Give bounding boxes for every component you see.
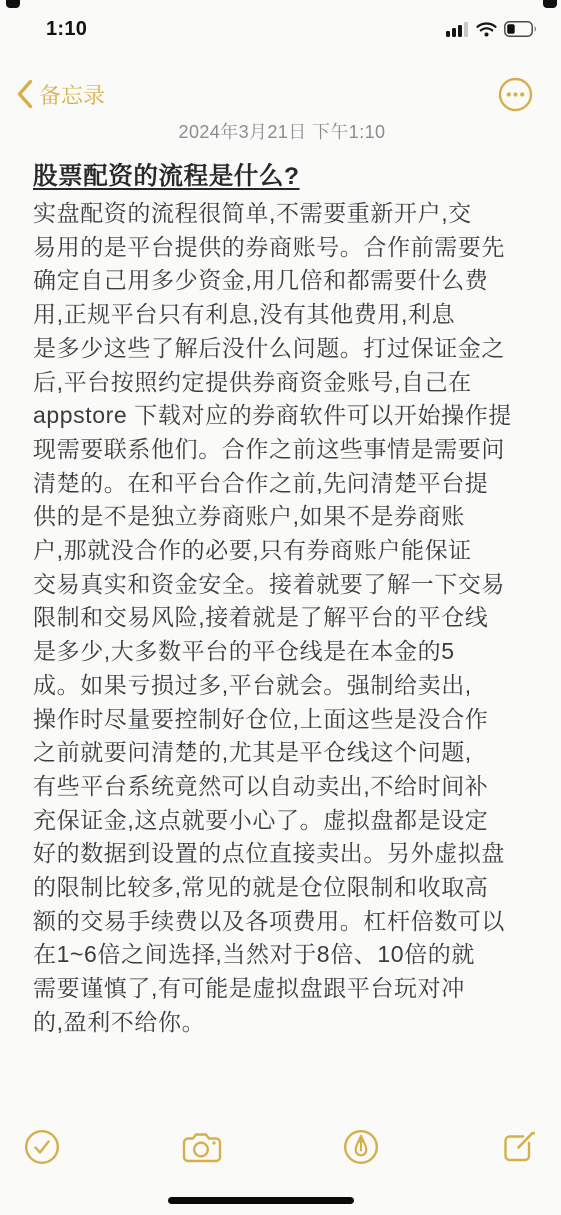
note-body[interactable]: 实盘配资的流程很简单,不需要重新开户,交 易用的是平台提供的券商账号。合作前需要… [33, 197, 531, 1040]
pen-circle-icon [343, 1129, 379, 1165]
back-button[interactable]: 备忘录 [16, 79, 105, 110]
nav-bar: 备忘录 [16, 74, 533, 114]
checkmark-circle-icon [24, 1129, 60, 1165]
status-icons [446, 21, 537, 37]
status-time: 1:10 [46, 18, 87, 41]
home-indicator[interactable] [168, 1197, 354, 1204]
battery-low-icon [504, 21, 537, 37]
screen-corner-artifact [6, 0, 20, 8]
screen-corner-artifact [543, 0, 557, 8]
cellular-signal-icon [446, 22, 469, 37]
markup-button[interactable] [343, 1129, 379, 1165]
note-content: 2024年3月21日 下午1:10 股票配资的流程是什么? 实盘配资的流程很简单… [33, 118, 531, 1040]
chevron-left-icon [16, 79, 33, 109]
checklist-button[interactable] [24, 1129, 60, 1165]
status-bar: 1:10 [0, 12, 561, 46]
back-button-label: 备忘录 [39, 79, 105, 110]
compose-icon [501, 1129, 537, 1165]
note-date: 2024年3月21日 下午1:10 [33, 118, 531, 144]
notes-app-screen: 1:10 [0, 0, 561, 1215]
compose-button[interactable] [501, 1129, 537, 1165]
note-title: 股票配资的流程是什么? [33, 157, 531, 192]
camera-button[interactable] [182, 1131, 222, 1163]
more-button[interactable] [498, 77, 533, 112]
ellipsis-circle-icon [498, 77, 533, 112]
bottom-toolbar [0, 1125, 561, 1169]
wifi-icon [476, 22, 497, 37]
camera-icon [182, 1131, 222, 1163]
